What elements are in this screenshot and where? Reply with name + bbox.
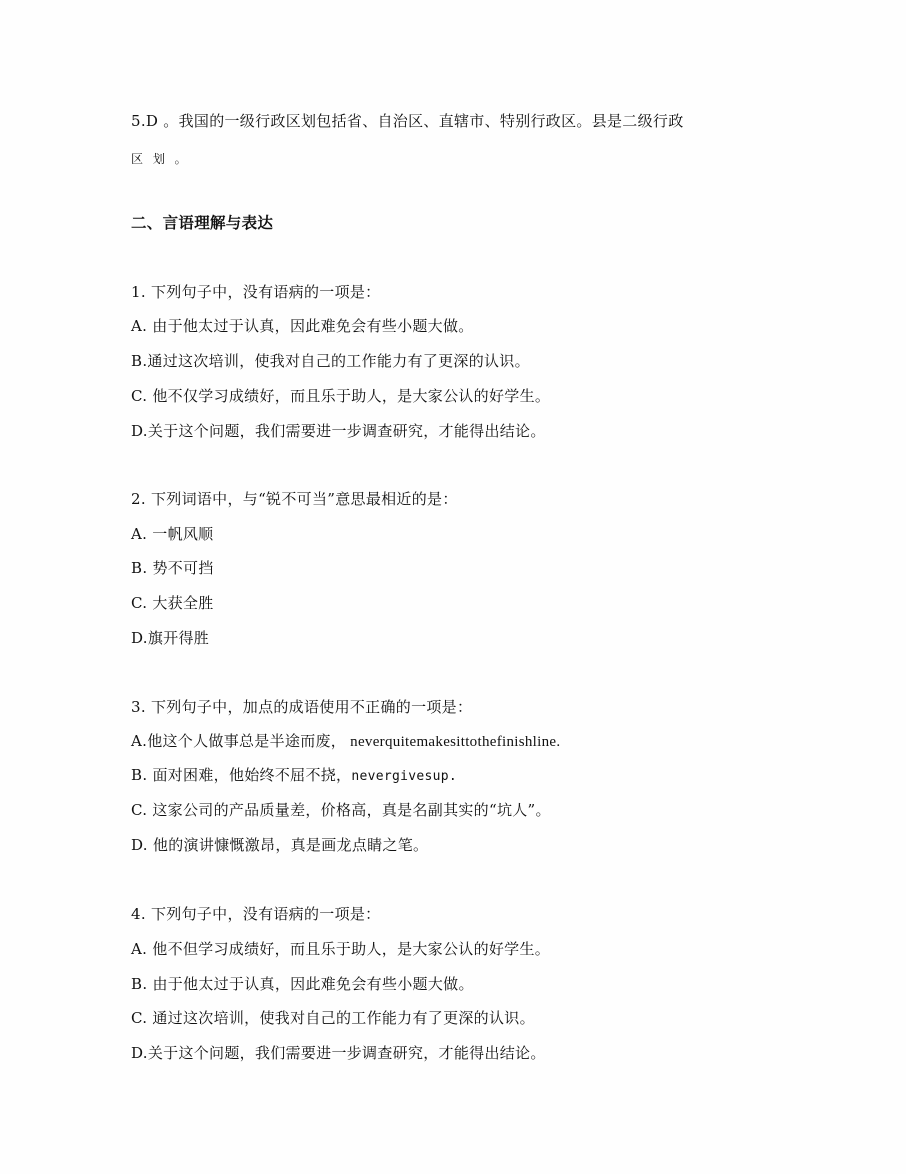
question-1-option-c: C. 他不仅学习成绩好，而且乐于助人，是大家公认的好学生。	[131, 386, 550, 406]
question-2-option-b: B. 势不可挡	[131, 558, 214, 578]
question-1-option-b: B.通过这次培训，使我对自己的工作能力有了更深的认识。	[131, 351, 530, 371]
question-2-option-d: D.旗开得胜	[131, 628, 209, 648]
question-4-option-b: B. 由于他太过于认真，因此难免会有些小题大做。	[131, 974, 474, 994]
question-3-option-a-chinese: A.他这个人做事总是半途而废，	[131, 732, 346, 750]
question-4-stem: 4. 下列句子中，没有语病的一项是：	[131, 904, 380, 924]
question-1-option-a: A. 由于他太过于认真，因此难免会有些小题大做。	[131, 316, 474, 336]
section-title: 二、言语理解与表达	[131, 213, 273, 233]
question-3-option-b-chinese: B. 面对困难，他始终不屈不挠，	[131, 766, 351, 784]
question-3-option-b: B. 面对困难，他始终不屈不挠，nevergivesup.	[131, 765, 457, 787]
question-3-option-a: A.他这个人做事总是半途而废， neverquitemakesittothefi…	[131, 731, 560, 752]
question-4-option-d: D.关于这个问题，我们需要进一步调查研究，才能得出结论。	[131, 1043, 546, 1063]
document-page: 5.D 。我国的一级行政区划包括省、自治区、直辖市、特别行政区。县是二级行政 区…	[0, 0, 906, 1174]
question-3-option-c: C. 这家公司的产品质量差，价格高，真是名副其实的“坑人”。	[131, 800, 551, 820]
question-3-option-d: D. 他的演讲慷慨激昂，真是画龙点睛之笔。	[131, 835, 428, 855]
question-1-option-d: D.关于这个问题，我们需要进一步调查研究，才能得出结论。	[131, 421, 546, 441]
question-2-option-c: C. 大获全胜	[131, 593, 214, 613]
question-3-option-a-english: neverquitemakesittothefinishline.	[346, 734, 560, 750]
question-2-option-a: A. 一帆风顺	[131, 524, 213, 544]
question-3-stem: 3. 下列句子中，加点的成语使用不正确的一项是：	[131, 697, 472, 717]
question-4-option-a: A. 他不但学习成绩好，而且乐于助人，是大家公认的好学生。	[131, 939, 550, 959]
question-4-option-c: C. 通过这次培训，使我对自己的工作能力有了更深的认识。	[131, 1008, 535, 1028]
previous-answer-line-1: 5.D 。我国的一级行政区划包括省、自治区、直辖市、特别行政区。县是二级行政	[131, 111, 684, 131]
question-1-stem: 1. 下列句子中，没有语病的一项是：	[131, 282, 380, 302]
previous-answer-line-2: 区 划 。	[131, 149, 190, 169]
question-2-stem: 2. 下列词语中，与“锐不可当”意思最相近的是：	[131, 489, 458, 509]
question-3-option-b-english: nevergivesup.	[351, 769, 457, 784]
